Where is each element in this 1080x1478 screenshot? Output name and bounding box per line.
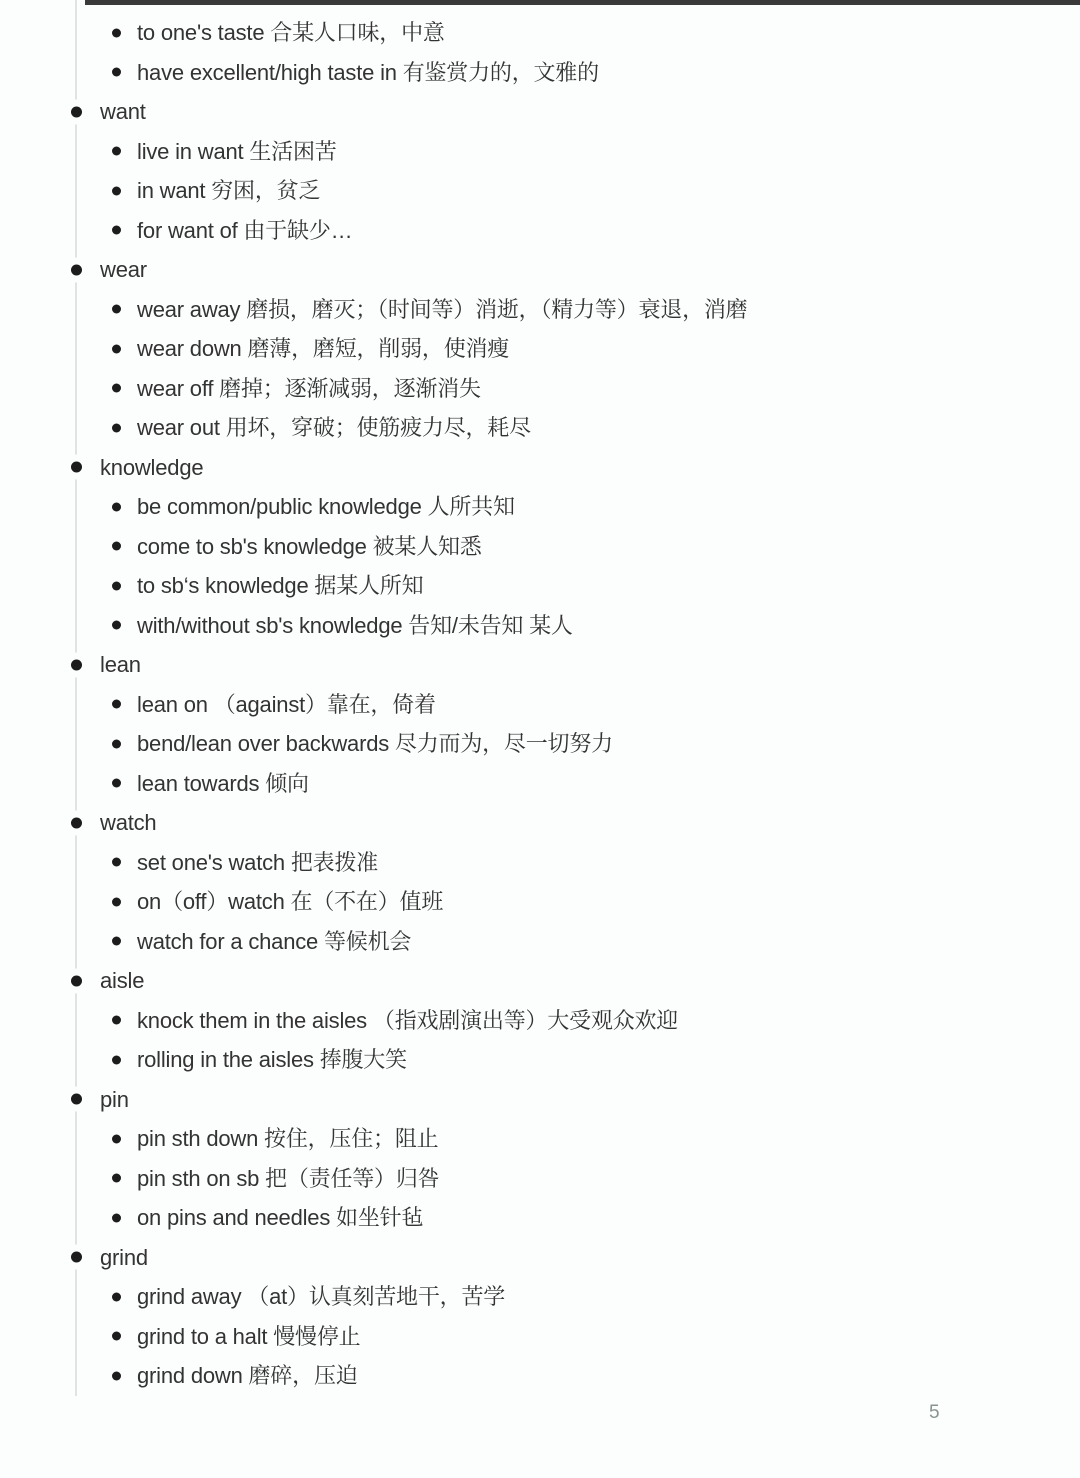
phrase-label: knock them in the aisles （指戏剧演出等）大受观众欢迎 <box>137 1001 678 1041</box>
bullet-icon <box>112 186 121 195</box>
bullet-icon <box>71 817 82 828</box>
phrase-label: rolling in the aisles 捧腹大笑 <box>137 1040 407 1080</box>
outline-phrase-row: in want 穷困，贫乏 <box>0 171 1080 211</box>
bullet-icon <box>112 384 121 393</box>
outline-phrase-row: knock them in the aisles （指戏剧演出等）大受观众欢迎 <box>0 1001 1080 1041</box>
bullet-icon <box>112 1371 121 1380</box>
phrase-label: watch for a chance 等候机会 <box>137 922 411 962</box>
phrase-label: come to sb's knowledge 被某人知悉 <box>137 527 482 567</box>
outline-term-row: wear <box>0 250 1080 290</box>
phrase-label: with/without sb's knowledge 告知/未告知 某人 <box>137 606 573 646</box>
outline-phrase-row: set one's watch 把表拨准 <box>0 843 1080 883</box>
term-label: watch <box>100 803 156 843</box>
bullet-icon <box>112 68 121 77</box>
outline-phrase-row: pin sth down 按住，压住；阻止 <box>0 1119 1080 1159</box>
bullet-icon <box>71 462 82 473</box>
term-label: aisle <box>100 961 144 1001</box>
bullet-icon <box>112 581 121 590</box>
bullet-icon <box>112 1292 121 1301</box>
phrase-label: to sb‘s knowledge 据某人所知 <box>137 566 423 606</box>
bullet-icon <box>71 659 82 670</box>
cropped-text-remnant <box>85 0 1080 5</box>
bullet-icon <box>71 975 82 986</box>
bullet-icon <box>112 779 121 788</box>
bullet-icon <box>112 1134 121 1143</box>
bullet-icon <box>112 542 121 551</box>
phrase-label: wear down 磨薄，磨短，削弱，使消瘦 <box>137 329 509 369</box>
outline-phrase-row: be common/public knowledge 人所共知 <box>0 487 1080 527</box>
phrase-label: have excellent/high taste in 有鉴赏力的，文雅的 <box>137 53 599 93</box>
outline-phrase-row: grind away （at）认真刻苦地干，苦学 <box>0 1277 1080 1317</box>
outline-term-row: want <box>0 92 1080 132</box>
outline-phrase-row: have excellent/high taste in 有鉴赏力的，文雅的 <box>0 53 1080 93</box>
outline-phrase-row: to sb‘s knowledge 据某人所知 <box>0 566 1080 606</box>
outline-phrase-row: live in want 生活困苦 <box>0 132 1080 172</box>
phrase-label: grind away （at）认真刻苦地干，苦学 <box>137 1277 505 1317</box>
phrase-label: lean towards 倾向 <box>137 764 309 804</box>
term-label: want <box>100 92 146 132</box>
bullet-icon <box>112 502 121 511</box>
page-number: 5 <box>929 1402 940 1424</box>
outline-phrase-row: rolling in the aisles 捧腹大笑 <box>0 1040 1080 1080</box>
bullet-icon <box>71 1094 82 1105</box>
bullet-icon <box>71 264 82 275</box>
phrase-label: wear out 用坏，穿破；使筋疲力尽，耗尽 <box>137 408 531 448</box>
term-label: lean <box>100 645 141 685</box>
outline-term-row: knowledge <box>0 448 1080 488</box>
outline-phrase-row: watch for a chance 等候机会 <box>0 922 1080 962</box>
outline-phrase-row: wear down 磨薄，磨短，削弱，使消瘦 <box>0 329 1080 369</box>
term-label: pin <box>100 1080 129 1120</box>
phrase-label: pin sth down 按住，压住；阻止 <box>137 1119 438 1159</box>
phrase-label: grind to a halt 慢慢停止 <box>137 1317 360 1357</box>
outline-term-row: aisle <box>0 961 1080 1001</box>
outline-phrase-row: wear away 磨损，磨灭；（时间等）消逝，（精力等）衰退，消磨 <box>0 290 1080 330</box>
outline-phrase-row: lean towards 倾向 <box>0 764 1080 804</box>
phrase-label: on（off）watch 在（不在）值班 <box>137 882 443 922</box>
phrase-label: to one's taste 合某人口味，中意 <box>137 13 445 53</box>
bullet-icon <box>71 106 82 117</box>
bullet-icon <box>112 344 121 353</box>
bullet-icon <box>112 226 121 235</box>
document-page: to one's taste 合某人口味，中意have excellent/hi… <box>0 0 1080 1478</box>
outline-term-row: lean <box>0 645 1080 685</box>
phrase-label: pin sth on sb 把（责任等）归咎 <box>137 1159 439 1199</box>
phrase-label: lean on （against）靠在，倚着 <box>137 685 436 725</box>
bullet-icon <box>112 1016 121 1025</box>
bullet-icon <box>112 858 121 867</box>
outline-phrase-row: with/without sb's knowledge 告知/未告知 某人 <box>0 606 1080 646</box>
outline-term-row: pin <box>0 1080 1080 1120</box>
bullet-icon <box>112 423 121 432</box>
bullet-icon <box>112 147 121 156</box>
bullet-icon <box>112 897 121 906</box>
outline-phrase-row: come to sb's knowledge 被某人知悉 <box>0 527 1080 567</box>
phrase-label: wear off 磨掉；逐渐减弱，逐渐消失 <box>137 369 481 409</box>
term-label: wear <box>100 250 147 290</box>
outline-phrase-row: pin sth on sb 把（责任等）归咎 <box>0 1159 1080 1199</box>
bullet-icon <box>112 305 121 314</box>
outline-phrase-row: wear out 用坏，穿破；使筋疲力尽，耗尽 <box>0 408 1080 448</box>
bullet-icon <box>112 1213 121 1222</box>
outline-term-row: watch <box>0 803 1080 843</box>
phrase-label: for want of 由于缺少… <box>137 211 352 251</box>
term-label: knowledge <box>100 448 203 488</box>
phrase-label: on pins and needles 如坐针毡 <box>137 1198 423 1238</box>
outline-phrase-row: on（off）watch 在（不在）值班 <box>0 882 1080 922</box>
phrase-label: bend/lean over backwards 尽力而为，尽一切努力 <box>137 724 613 764</box>
outline-phrase-row: to one's taste 合某人口味，中意 <box>0 13 1080 53</box>
bullet-icon <box>112 621 121 630</box>
phrase-label: wear away 磨损，磨灭；（时间等）消逝，（精力等）衰退，消磨 <box>137 290 747 330</box>
bullet-icon <box>112 700 121 709</box>
outline-phrase-row: on pins and needles 如坐针毡 <box>0 1198 1080 1238</box>
bullet-icon <box>112 739 121 748</box>
outline-phrase-row: grind to a halt 慢慢停止 <box>0 1317 1080 1357</box>
phrase-label: in want 穷困，贫乏 <box>137 171 320 211</box>
bullet-icon <box>71 1252 82 1263</box>
vocabulary-outline: to one's taste 合某人口味，中意have excellent/hi… <box>0 13 1080 1396</box>
bullet-icon <box>112 937 121 946</box>
term-label: grind <box>100 1238 148 1278</box>
outline-phrase-row: bend/lean over backwards 尽力而为，尽一切努力 <box>0 724 1080 764</box>
outline-phrase-row: wear off 磨掉；逐渐减弱，逐渐消失 <box>0 369 1080 409</box>
outline-term-row: grind <box>0 1238 1080 1278</box>
outline-phrase-row: lean on （against）靠在，倚着 <box>0 685 1080 725</box>
bullet-icon <box>112 1055 121 1064</box>
phrase-label: grind down 磨碎，压迫 <box>137 1356 358 1396</box>
outline-phrase-row: grind down 磨碎，压迫 <box>0 1356 1080 1396</box>
bullet-icon <box>112 1174 121 1183</box>
outline-phrase-row: for want of 由于缺少… <box>0 211 1080 251</box>
bullet-icon <box>112 28 121 37</box>
phrase-label: set one's watch 把表拨准 <box>137 843 378 883</box>
phrase-label: live in want 生活困苦 <box>137 132 337 172</box>
phrase-label: be common/public knowledge 人所共知 <box>137 487 515 527</box>
bullet-icon <box>112 1332 121 1341</box>
